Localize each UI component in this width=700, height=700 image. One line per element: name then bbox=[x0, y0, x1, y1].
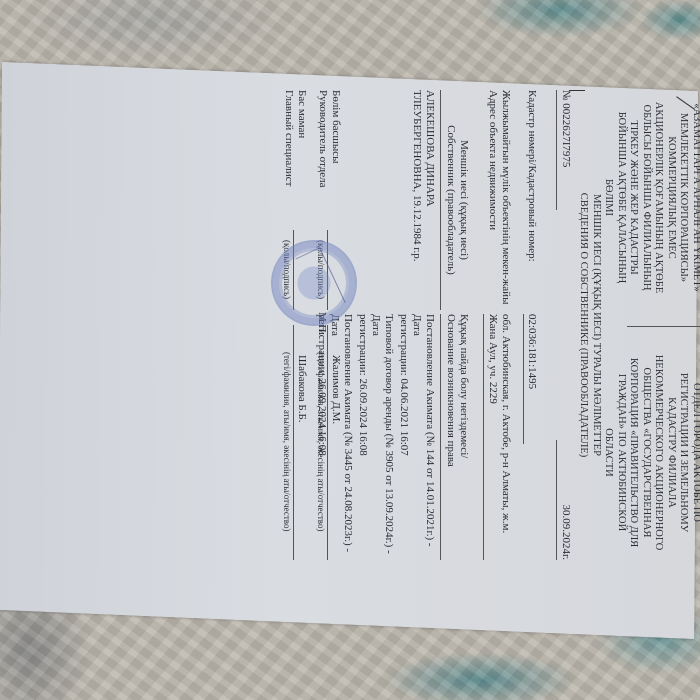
address-label-ru: Адрес объекта недвижимости bbox=[486, 90, 499, 310]
header-divider bbox=[627, 326, 700, 327]
owner-name: АЛЕКЕШОВА ДИНАРА bbox=[423, 90, 436, 310]
document-title: Меншік иесі (құқық иесі) туралы мәліметт… bbox=[577, 90, 602, 560]
head-label-ru: Руководитель отдела bbox=[316, 90, 329, 220]
chief-name-caption: (тегі/фамилия, аты/имя, әкесінің аты/отч… bbox=[281, 352, 292, 531]
basis-label-kz: Құқық пайда болу негіздемесі/ bbox=[457, 314, 470, 560]
address-value-2: Жана Аул, уч. 2229 bbox=[486, 314, 499, 560]
header-right: Отдел города Актобе по регистрации и зем… bbox=[602, 345, 700, 560]
head-name-caption: (тегі/фамилия, аты/имя, әкесінің аты/отч… bbox=[315, 352, 326, 531]
address-value: обл. Актюбинская, г. Актобе, р-н Алматы,… bbox=[499, 314, 512, 560]
header-left: «Азаматтарға арналған үкімет» мемлекетті… bbox=[602, 90, 700, 305]
certificate-page: «Азаматтарға арналған үкімет» мемлекетті… bbox=[262, 90, 700, 560]
chief-label-kz: Бас маман bbox=[295, 90, 308, 220]
owner-label-kz: Меншік иесі (құқық иесі) bbox=[457, 90, 470, 310]
head-label-kz: Бөлім басшысы bbox=[329, 90, 342, 220]
basis-label-ru: Основание возникновения права bbox=[444, 314, 457, 560]
chief-name: Шабакова Б.Б. bbox=[295, 355, 308, 423]
number-underline bbox=[556, 90, 557, 210]
basis-entries: Постановление Акимата (№ 144 от 14.01.20… bbox=[315, 314, 436, 560]
cadastre-number: 02:036:181:1495 bbox=[525, 314, 538, 560]
head-name: Жалимов Д.М. bbox=[329, 355, 342, 424]
date-underline bbox=[556, 440, 557, 560]
address-label-kz: Жылжымайтын мүлік объектінің мекен-жайы bbox=[499, 90, 512, 310]
document-date: 30.09.2024г. bbox=[559, 504, 572, 560]
owner-name-2: ТЛЕУБЕРГЕНОВНА, 19.12.1984 г.р. bbox=[410, 90, 423, 310]
chief-label-ru: Главный специалист bbox=[282, 90, 295, 220]
document-number: № 0022627I7975 bbox=[559, 90, 572, 167]
owner-label-ru: Собственник (правообладатель) bbox=[444, 90, 457, 310]
cadastre-label: Кадастр нөмері/Кадастровый номер: bbox=[525, 90, 538, 310]
